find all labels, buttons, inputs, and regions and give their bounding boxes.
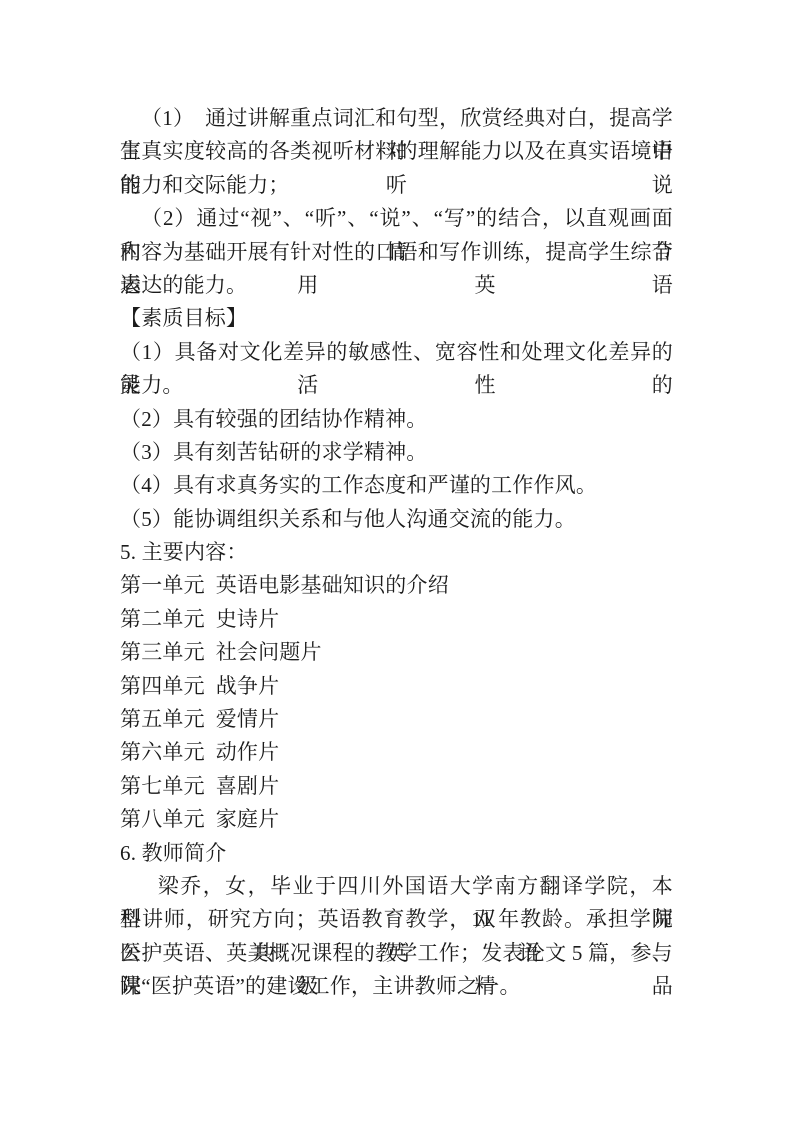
text-line: 第二单元 史诗片: [120, 603, 673, 636]
text-line: 第三单元 社会问题片: [120, 636, 673, 669]
text-line: 第六单元 动作片: [120, 736, 673, 769]
text-line: 内容为基础开展有针对性的口语和写作训练，提高学生综合运用英语: [120, 236, 673, 269]
text-line: 第八单元 家庭片: [120, 803, 673, 836]
document-page: （1） 通过讲解重点词汇和句型，欣赏经典对白，提高学生对语言真实度较高的各类视听…: [0, 0, 793, 1122]
text-line: 5. 主要内容：: [120, 536, 673, 569]
text-line: （4）具有求真务实的工作态度和严谨的工作作风。: [120, 469, 673, 502]
document-body: （1） 通过讲解重点词汇和句型，欣赏经典对白，提高学生对语言真实度较高的各类视听…: [120, 102, 673, 1004]
text-line: 第一单元 英语电影基础知识的介绍: [120, 569, 673, 602]
text-line: 第七单元 喜剧片: [120, 770, 673, 803]
text-line: 【素质目标】: [120, 302, 673, 335]
text-line: 医护英语、英美概况课程的教学工作；发表论文 5 篇，参与院级精品: [120, 937, 673, 970]
text-line: （1）具备对文化差异的敏感性、宽容性和处理文化差异的灵活性的: [120, 336, 673, 369]
text-line: 第四单元 战争片: [120, 670, 673, 703]
text-line: （5）能协调组织关系和与他人沟通交流的能力。: [120, 503, 673, 536]
text-line: （2）具有较强的团结协作精神。: [120, 403, 673, 436]
text-line: 言真实度较高的各类视听材料的理解能力以及在真实语境中的听说: [120, 135, 673, 168]
text-line: （3）具有刻苦钻研的求学精神。: [120, 436, 673, 469]
text-line: 第五单元 爱情片: [120, 703, 673, 736]
text-line: （2）通过“视”、“听”、“说”、“写”的结合，以直观画面和情节: [120, 202, 673, 235]
text-line: 型讲师，研究方向：英语教育教学，11 年教龄。承担学院公共英语、: [120, 903, 673, 936]
text-line: 梁乔，女，毕业于四川外国语大学南方翻译学院，本科，双师: [120, 870, 673, 903]
text-line: 6. 教师简介: [120, 837, 673, 870]
text-line: （1） 通过讲解重点词汇和句型，欣赏经典对白，提高学生对语: [120, 102, 673, 135]
